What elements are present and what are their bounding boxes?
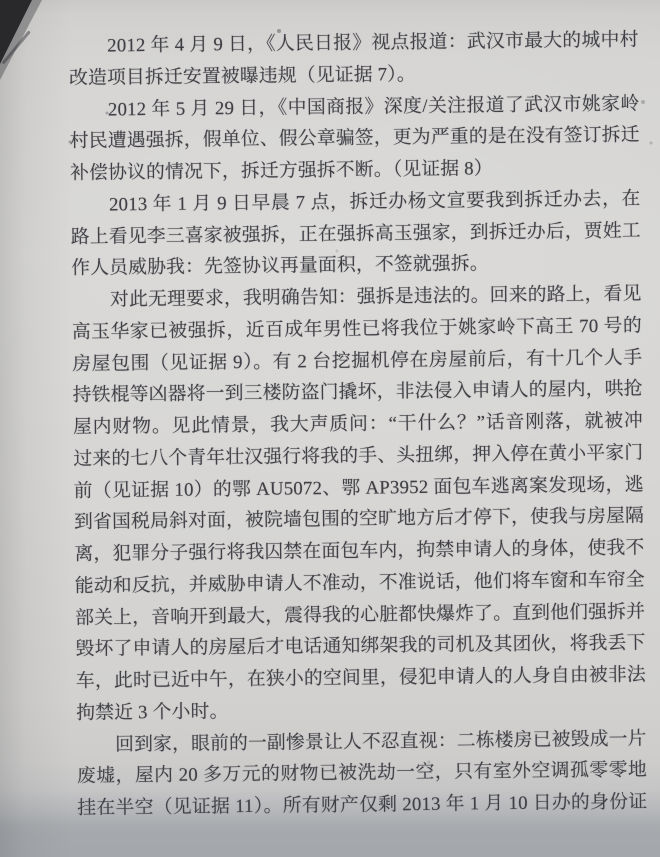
dust-specks	[0, 0, 2, 2]
text-line-7: 路上看见李三喜家被强拆，正在强拆高玉强家，到拆迁办后，贾姓工	[71, 215, 641, 253]
document-text: 2012 年 4 月 9 日，《人民日报》视点报道：武汉市最大的城中村改造项目拆…	[69, 24, 648, 824]
text-line-4: 村民遭遇强拆，假单位、假公章骗签，更为严重的是在没有签订拆迁	[70, 120, 640, 158]
photographed-document-page: 2012 年 4 月 9 日，《人民日报》视点报道：武汉市最大的城中村改造项目拆…	[0, 0, 660, 857]
text-line-1: 2012 年 4 月 9 日，《人民日报》视点报道：武汉市最大的城中村	[69, 24, 639, 62]
text-line-25: 挂在半空（见证据 11）。所有财产仅剩 2013 年 1 月 10 日办的身份证	[77, 786, 647, 824]
text-line-21: 车，此时已近中午，在狭小的空间里，侵犯申请人的人身自由被非法	[76, 659, 646, 697]
